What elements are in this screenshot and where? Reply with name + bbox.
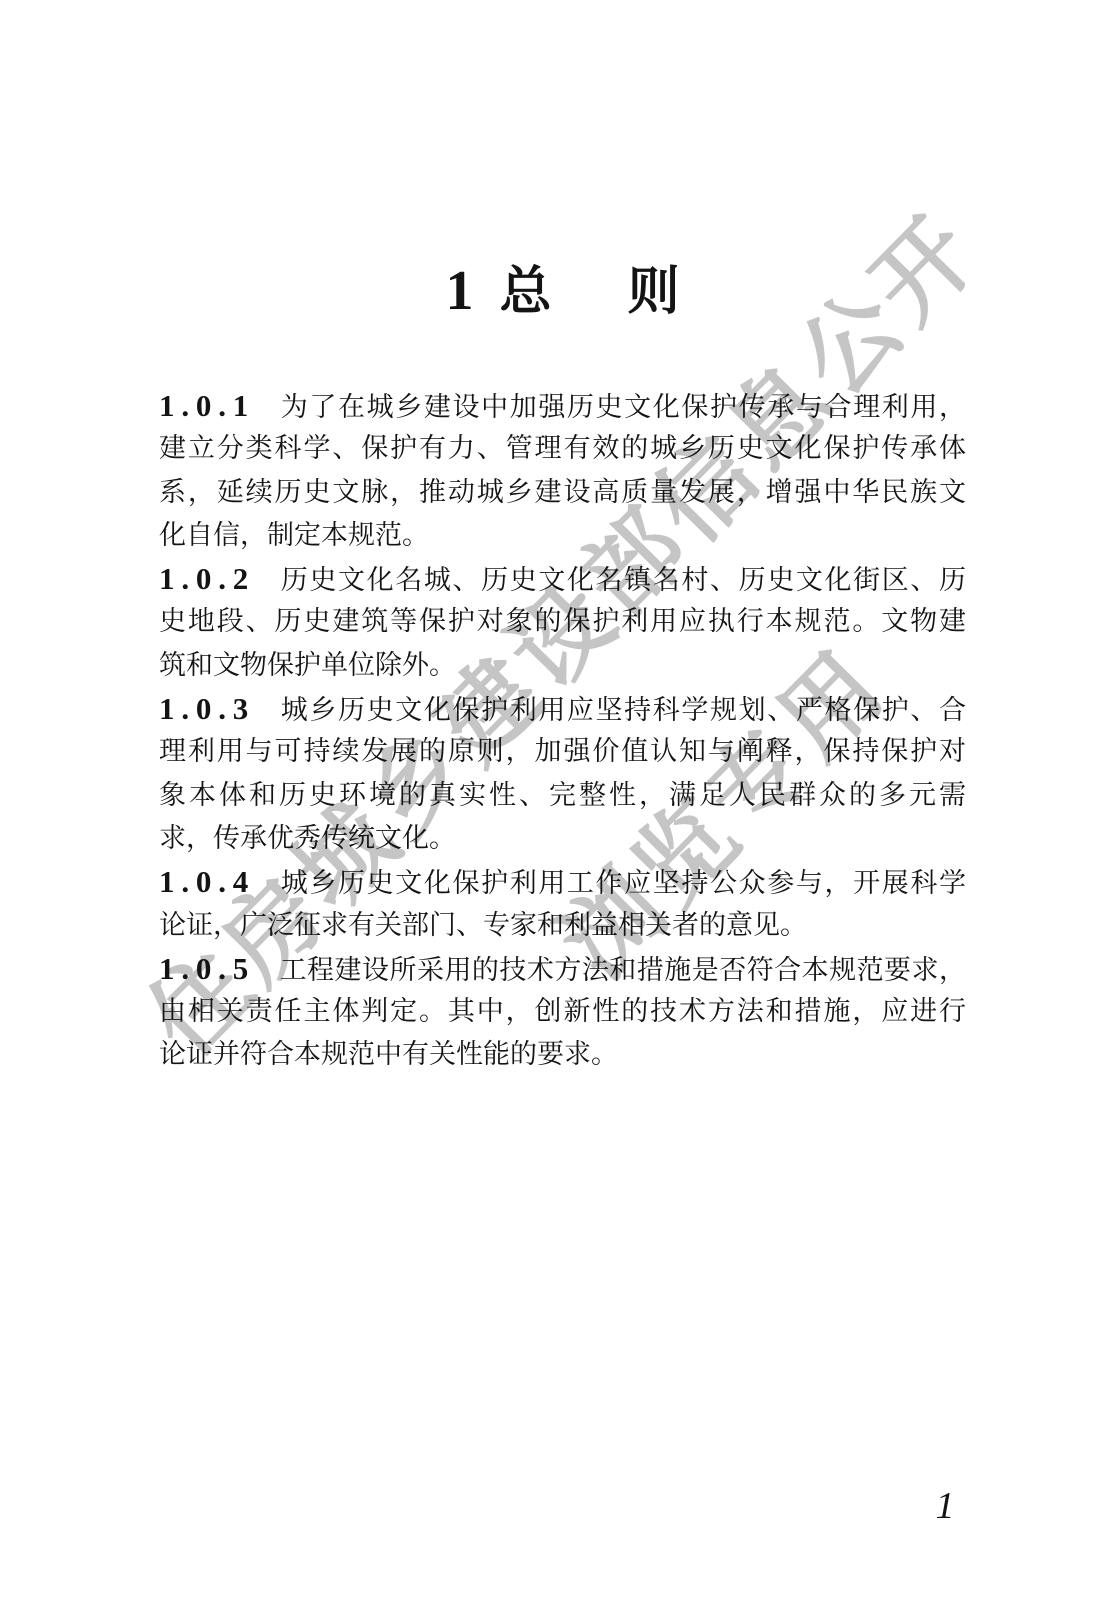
chapter-title: 1总则 [159,255,966,329]
clause-line: 建立分类科学、保护有力、管理有效的城乡历史文化保护传承体 [159,427,966,470]
page-number: 1 [920,1484,970,1528]
clause-line: 1.0.4城乡历史文化保护利用工作应坚持公众参与，开展科学 [159,860,966,903]
chapter-title-word-2: 则 [628,264,680,321]
clause-line: 由相关责任主体判定。其中，创新性的技术方法和措施，应进行 [159,990,966,1033]
clause-number: 1.0.1 [159,388,255,423]
document-page: 住房城乡建设部信息公开 浏览专用 1总则 1.0.1为了在城乡建设中加强历史文化… [0,0,1103,1597]
clause-line: 1.0.1为了在城乡建设中加强历史文化保护传承与合理利用， [159,384,966,427]
clause-line: 史地段、历史建筑等保护对象的保护利用应执行本规范。文物建 [159,600,966,643]
clause-line: 理利用与可持续发展的原则，加强价值认知与阐释，保持保护对 [159,730,966,773]
clause-line: 筑和文物保护单位除外。 [159,644,966,687]
clause-line: 化自信，制定本规范。 [159,514,966,557]
clause-line: 系，延续历史文脉，推动城乡建设高质量发展，增强中华民族文 [159,471,966,514]
clause-number: 1.0.5 [159,951,255,986]
clause-line: 论证，广泛征求有关部门、专家和利益相关者的意见。 [159,904,966,947]
chapter-title-word-1: 总 [499,264,551,321]
clause-number: 1.0.4 [159,864,255,899]
chapter-number: 1 [445,260,473,322]
clause-line: 象本体和历史环境的真实性、完整性，满足人民群众的多元需 [159,774,966,817]
body-text: 1.0.1为了在城乡建设中加强历史文化保护传承与合理利用，建立分类科学、保护有力… [159,384,966,1077]
clause-line: 1.0.2历史文化名城、历史文化名镇名村、历史文化街区、历 [159,557,966,600]
clause-line: 论证并符合本规范中有关性能的要求。 [159,1033,966,1076]
clause-number: 1.0.3 [159,691,255,726]
clause-line: 求，传承优秀传统文化。 [159,817,966,860]
clause-line: 1.0.3城乡历史文化保护利用应坚持科学规划、严格保护、合 [159,687,966,730]
clause-line: 1.0.5工程建设所采用的技术方法和措施是否符合本规范要求， [159,947,966,990]
clause-number: 1.0.2 [159,561,255,596]
